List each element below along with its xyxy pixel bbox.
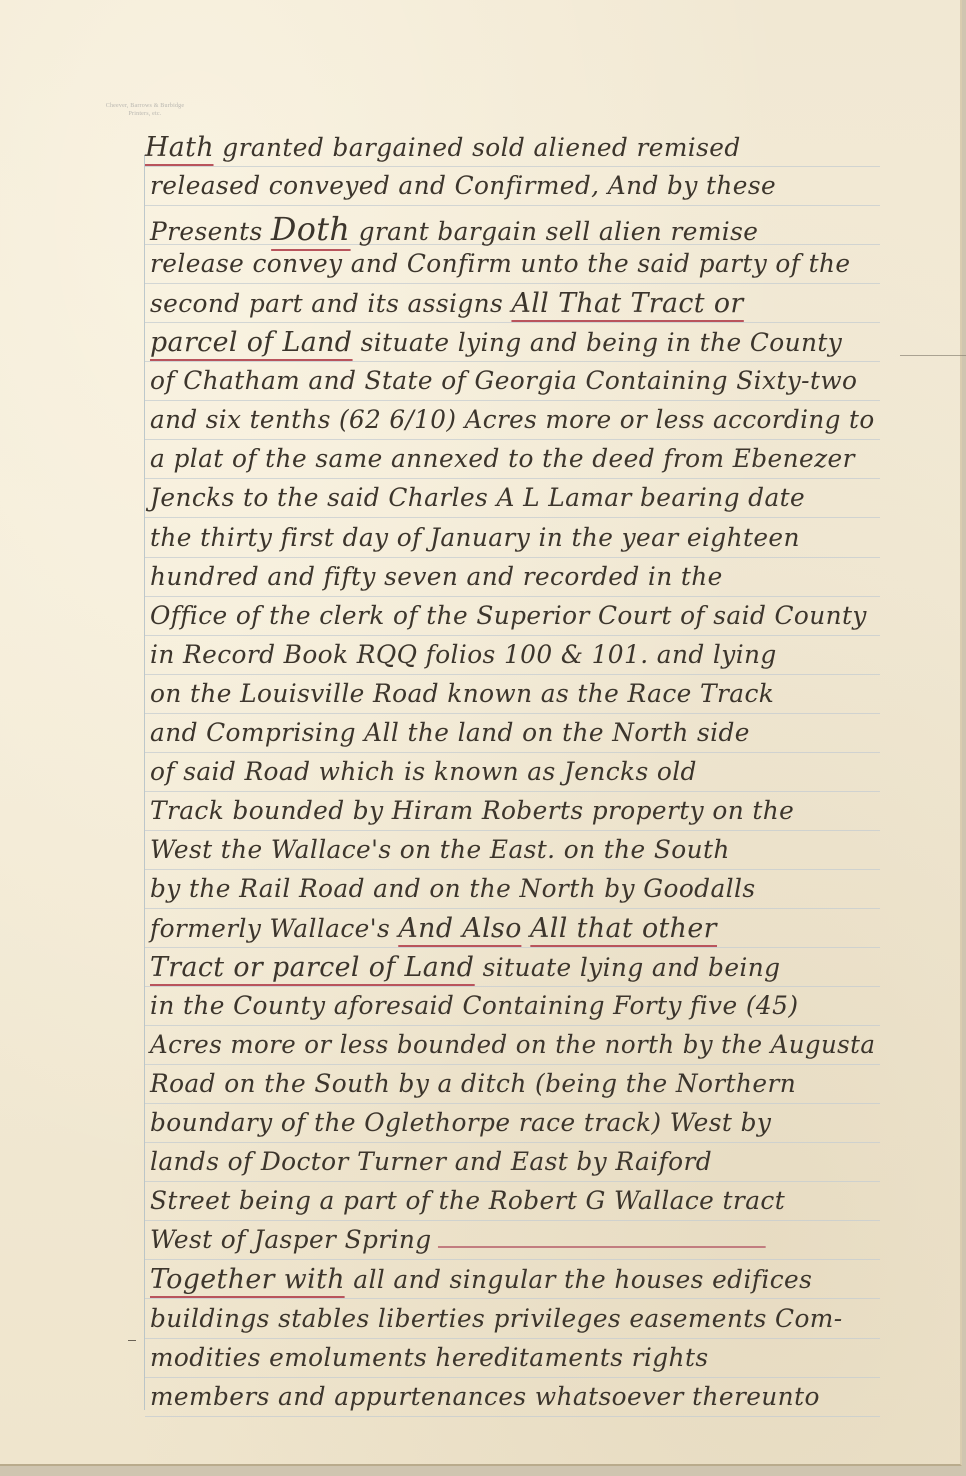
- text-segment: and Comprising All the land on the North…: [150, 718, 750, 747]
- printer-imprint-line-2: Printers, etc.: [80, 110, 210, 118]
- text-line: boundary of the Oglethorpe race track) W…: [150, 1108, 875, 1137]
- text-line: of said Road which is known as Jencks ol…: [150, 757, 875, 786]
- ruled-line: [145, 635, 880, 636]
- text-segment: release convey and Confirm unto the said…: [150, 249, 850, 278]
- underlined-heading: All That Tract or: [511, 288, 743, 322]
- text-segment: Road on the South by a ditch (being the …: [150, 1069, 796, 1098]
- ruled-line: [145, 1298, 880, 1299]
- text-line: Street being a part of the Robert G Wall…: [150, 1186, 875, 1215]
- margin-dash-mark: [128, 1340, 136, 1341]
- text-segment: Street being a part of the Robert G Wall…: [150, 1186, 785, 1215]
- text-segment: in the County aforesaid Containing Forty…: [150, 991, 798, 1020]
- text-line: the thirty first day of January in the y…: [150, 523, 875, 552]
- text-segment: lands of Doctor Turner and East by Raifo…: [150, 1147, 712, 1176]
- ruled-line: [145, 166, 880, 167]
- text-line: release convey and Confirm unto the said…: [150, 249, 875, 278]
- text-line: released conveyed and Confirmed, And by …: [150, 171, 875, 200]
- text-line: modities emoluments hereditaments rights: [150, 1343, 875, 1372]
- text-line: members and appurtenances whatsoever the…: [150, 1382, 875, 1411]
- text-segment: Track bounded by Hiram Roberts property …: [150, 796, 794, 825]
- ruled-line: [145, 1142, 880, 1143]
- text-line: parcel of Land situate lying and being i…: [150, 327, 875, 358]
- text-line: West of Jasper Spring: [150, 1225, 875, 1254]
- ruled-line: [145, 869, 880, 870]
- underlined-heading: Doth: [271, 210, 350, 251]
- underlined-heading: parcel of Land: [150, 327, 352, 361]
- ruled-line: [145, 1259, 880, 1260]
- ruled-line: [145, 517, 880, 518]
- text-line: Road on the South by a ditch (being the …: [150, 1069, 875, 1098]
- ruled-line: [145, 1064, 880, 1065]
- text-segment: Presents: [150, 217, 271, 246]
- text-segment: in Record Book RQQ folios 100 & 101. and…: [150, 640, 777, 669]
- ruled-line: [145, 713, 880, 714]
- fold-mark: [900, 355, 966, 356]
- text-segment: West of Jasper Spring: [150, 1225, 432, 1254]
- ruled-line: [145, 986, 880, 987]
- ruled-line: [145, 283, 880, 284]
- text-line: hundred and fifty seven and recorded in …: [150, 562, 875, 591]
- deed-page: Cheever, Barrows & Burbidge Printers, et…: [0, 0, 962, 1466]
- text-segment: hundred and fifty seven and recorded in …: [150, 562, 723, 591]
- underlined-heading: All that other: [530, 913, 717, 947]
- red-fill-rule: [438, 1246, 766, 1248]
- text-segment: boundary of the Oglethorpe race track) W…: [150, 1108, 771, 1137]
- text-line: Jencks to the said Charles A L Lamar bea…: [150, 483, 875, 512]
- ruled-line: [145, 1103, 880, 1104]
- underlined-heading: Hath: [145, 132, 214, 166]
- ruled-line: [145, 674, 880, 675]
- text-line: and six tenths (62 6/10) Acres more or l…: [150, 405, 870, 434]
- text-line: Track bounded by Hiram Roberts property …: [150, 796, 875, 825]
- text-segment: and six tenths (62 6/10) Acres more or l…: [150, 405, 875, 434]
- ruled-line: [145, 400, 880, 401]
- text-segment: grant bargain sell alien remise: [350, 217, 758, 246]
- ruled-line: [145, 908, 880, 909]
- text-line: formerly Wallace's And Also All that oth…: [150, 913, 875, 944]
- text-segment: situate lying and being in the County: [352, 328, 842, 357]
- ruled-line: [145, 1220, 880, 1221]
- ruled-line: [145, 791, 880, 792]
- ruled-line: [145, 830, 880, 831]
- text-segment: members and appurtenances whatsoever the…: [150, 1382, 820, 1411]
- ruled-line: [145, 1377, 880, 1378]
- text-line: by the Rail Road and on the North by Goo…: [150, 874, 875, 903]
- text-segment: Jencks to the said Charles A L Lamar bea…: [150, 483, 805, 512]
- text-segment: on the Louisville Road known as the Race…: [150, 679, 774, 708]
- printer-imprint-line-1: Cheever, Barrows & Burbidge: [80, 102, 210, 110]
- text-segment: Office of the clerk of the Superior Cour…: [150, 601, 867, 630]
- text-line: lands of Doctor Turner and East by Raifo…: [150, 1147, 875, 1176]
- text-segment: Acres more or less bounded on the north …: [150, 1030, 875, 1059]
- text-line: second part and its assigns All That Tra…: [150, 288, 875, 319]
- ruled-line: [145, 1338, 880, 1339]
- underlined-heading: Tract or parcel of Land: [150, 952, 474, 986]
- text-line: Acres more or less bounded on the north …: [150, 1030, 865, 1059]
- text-segment: a plat of the same annexed to the deed f…: [150, 444, 855, 473]
- ruled-line: [145, 439, 880, 440]
- text-segment: formerly Wallace's: [150, 914, 398, 943]
- printer-imprint: Cheever, Barrows & Burbidge Printers, et…: [80, 102, 210, 118]
- text-segment: the thirty first day of January in the y…: [150, 523, 800, 552]
- underlined-heading: And Also: [398, 913, 521, 947]
- text-line: a plat of the same annexed to the deed f…: [150, 444, 875, 473]
- ruled-line: [145, 205, 880, 206]
- ruled-line: [145, 361, 880, 362]
- text-segment: situate lying and being: [474, 953, 780, 982]
- ruled-line: [145, 322, 880, 323]
- text-segment: [522, 914, 530, 943]
- left-margin-rule: [144, 155, 145, 1410]
- text-segment: West the Wallace's on the East. on the S…: [150, 835, 730, 864]
- ruled-line: [145, 947, 880, 948]
- text-line: in the County aforesaid Containing Forty…: [150, 991, 875, 1020]
- text-line: in Record Book RQQ folios 100 & 101. and…: [150, 640, 875, 669]
- text-line: Hath granted bargained sold aliened remi…: [145, 132, 870, 163]
- text-line: West the Wallace's on the East. on the S…: [150, 835, 875, 864]
- text-segment: by the Rail Road and on the North by Goo…: [150, 874, 755, 903]
- text-segment: second part and its assigns: [150, 289, 511, 318]
- text-segment: released conveyed and Confirmed, And by …: [150, 171, 776, 200]
- ruled-line: [145, 752, 880, 753]
- underlined-heading: Together with: [150, 1264, 345, 1298]
- ruled-line: [145, 478, 880, 479]
- text-segment: of said Road which is known as Jencks ol…: [150, 757, 697, 786]
- text-line: of Chatham and State of Georgia Containi…: [150, 366, 875, 395]
- text-line: and Comprising All the land on the North…: [150, 718, 875, 747]
- text-line: Presents Doth grant bargain sell alien r…: [150, 210, 875, 248]
- ruled-line: [145, 596, 880, 597]
- text-segment: modities emoluments hereditaments rights: [150, 1343, 708, 1372]
- ruled-line: [145, 1416, 880, 1417]
- text-segment: buildings stables liberties privileges e…: [150, 1304, 843, 1333]
- text-line: Office of the clerk of the Superior Cour…: [150, 601, 875, 630]
- ruled-line: [145, 1181, 880, 1182]
- ruled-line: [145, 557, 880, 558]
- text-segment: all and singular the houses edifices: [345, 1265, 812, 1294]
- text-line: on the Louisville Road known as the Race…: [150, 679, 875, 708]
- text-segment: of Chatham and State of Georgia Containi…: [150, 366, 857, 395]
- text-line: Tract or parcel of Land situate lying an…: [150, 952, 875, 983]
- ruled-line: [145, 1025, 880, 1026]
- text-line: Together with all and singular the house…: [150, 1264, 875, 1295]
- text-line: buildings stables liberties privileges e…: [150, 1304, 875, 1333]
- text-segment: granted bargained sold aliened remised: [214, 133, 741, 162]
